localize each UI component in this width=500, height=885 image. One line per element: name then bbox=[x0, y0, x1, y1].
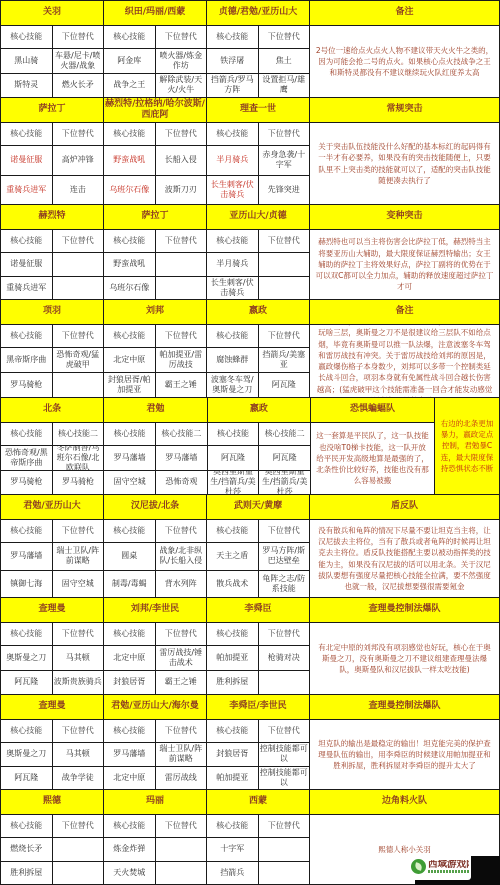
skill-cell: 瑞士卫队/阵前谋略 bbox=[156, 743, 207, 766]
sub-label-cell: 下位替代 bbox=[156, 520, 207, 542]
skill-cell: 阿瓦隆 bbox=[1, 767, 52, 790]
skill-cell: 控制技能都可以 bbox=[259, 767, 310, 790]
sub-label-cell: 下位替代 bbox=[156, 720, 207, 742]
watermark: 西域游戏网 bbox=[409, 853, 471, 880]
skill-cell: 阿瓦隆 bbox=[1, 671, 52, 695]
note-header-cell: 备注 bbox=[310, 1, 499, 25]
skill-cell: 固守空城 bbox=[104, 471, 155, 495]
hero-header-cell: 熙德 bbox=[1, 790, 103, 814]
skill-cell: 罗马藩墙 bbox=[1, 543, 52, 570]
skill-cell: 燃烧长矛 bbox=[1, 838, 52, 861]
skill-cell: 罗马骑枪 bbox=[53, 471, 104, 495]
skill-cell: 诺曼征服 bbox=[1, 146, 52, 175]
sub-label-cell: 核心技能 bbox=[104, 230, 155, 252]
skill-cell: 罗马藩墙 bbox=[104, 446, 155, 470]
note-cell: 2号位一速给点火点火人物不建议带天火火牛之类的，因为可能会抢二号的点火。如果核心… bbox=[310, 26, 499, 97]
skill-cell: 奥西里斯重生/挡箭兵/美杜莎 bbox=[259, 471, 310, 495]
hero-header-cell: 织田/玛丽/西蒙 bbox=[104, 1, 206, 25]
sub-label-cell: 核心技能 bbox=[104, 815, 155, 837]
skill-cell: 野蛮战吼 bbox=[104, 253, 155, 276]
skill-cell bbox=[259, 862, 310, 885]
sub-label-cell: 核心技能 bbox=[207, 520, 258, 542]
skill-cell: 战争学徒 bbox=[53, 767, 104, 790]
hero-header-cell: 君勉/亚历山大 bbox=[1, 495, 103, 519]
watermark-subtext bbox=[428, 870, 469, 873]
skill-cell: 恐怖奇观 bbox=[156, 471, 207, 495]
sub-label-cell: 下位替代 bbox=[156, 325, 207, 347]
skill-cell: 制毒/毒蝎 bbox=[104, 571, 155, 598]
skill-cell: 长船入侵 bbox=[156, 146, 207, 175]
note-cell: 坦克队的输出是最稳定的输出！坦克能完美的保护查理曼队伍的输出，用李舜臣的时候建议… bbox=[310, 720, 499, 789]
skill-cell: 马其顿 bbox=[53, 743, 104, 766]
table-section: 查理曼君勉/亚历山大/海尔曼李舜臣/李世民查理曼控制法爆队核心技能下位替代核心技… bbox=[0, 695, 500, 790]
skill-cell: 罗马藩墙 bbox=[156, 446, 207, 470]
skill-cell: 挡箭兵 bbox=[207, 862, 258, 885]
skill-cell: 腐蚀蜂群 bbox=[207, 348, 258, 372]
skill-cell: 奥斯曼之刀 bbox=[1, 646, 52, 670]
note-cell: 这一套算是平民队了，这一队技能也没啥T0梯卡技能，这一队开放给平民开发高级地算是… bbox=[311, 423, 434, 494]
sub-label-cell: 下位替代 bbox=[259, 123, 310, 145]
skill-cell: 罗马方阵/斯巴达壁垒 bbox=[259, 543, 310, 570]
skill-cell: 高炉冲锋 bbox=[53, 146, 104, 175]
sub-label-cell: 下位替代 bbox=[156, 623, 207, 645]
hero-header-cell: 李舜臣 bbox=[207, 598, 309, 622]
skill-cell: 霸王之锤 bbox=[156, 671, 207, 695]
sub-label-cell: 下位替代 bbox=[259, 720, 310, 742]
table-section: 项羽刘邦嬴政备注核心技能下位替代核心技能下位替代核心技能下位替代黑帝斯序曲恐怖奇… bbox=[0, 300, 500, 398]
skill-cell bbox=[53, 838, 104, 861]
sub-label-cell: 下位替代 bbox=[259, 26, 310, 48]
skill-cell: 雷厉战线 bbox=[156, 767, 207, 790]
skill-cell: 黑帝斯序曲 bbox=[1, 348, 52, 372]
hero-header-cell: 刘邦 bbox=[104, 300, 206, 324]
skill-cell: 奥西里斯重生/挡箭兵/美杜莎 bbox=[208, 471, 259, 495]
skill-cell: 枪骑对决 bbox=[259, 646, 310, 670]
skill-cell: 背水列阵 bbox=[156, 571, 207, 598]
sub-label-cell: 核心技能 bbox=[1, 230, 52, 252]
note-header-cell: 查理曼控制法爆队 bbox=[310, 598, 499, 622]
note-header-cell: 常规突击 bbox=[310, 98, 499, 122]
sub-label-cell: 核心技能二 bbox=[156, 423, 207, 445]
sub-label-cell: 核心技能 bbox=[207, 26, 258, 48]
skill-cell: 封狼居胥/帕加提亚 bbox=[104, 373, 155, 397]
skill-cell: 罗马骑枪 bbox=[1, 471, 52, 495]
sub-label-cell: 核心技能 bbox=[1, 325, 52, 347]
skill-cell: 车悬/尼卡/喷火器/战象 bbox=[53, 49, 104, 73]
skill-cell: 十字军 bbox=[207, 838, 258, 861]
note-header-cell: 边角料火队 bbox=[310, 790, 499, 814]
sub-label-cell: 下位替代 bbox=[53, 520, 104, 542]
skill-cell bbox=[156, 838, 207, 861]
sub-label-cell: 核心技能 bbox=[104, 123, 155, 145]
hero-header-cell: 嬴政 bbox=[208, 398, 310, 422]
skill-cell: 阿瓦隆 bbox=[259, 446, 310, 470]
note-header-cell: 变种突击 bbox=[310, 205, 499, 229]
skill-cell: 龟阵之志/防系技能 bbox=[259, 571, 310, 598]
sub-label-cell: 核心技能 bbox=[104, 423, 155, 445]
skill-cell: 喷火器/炼金作坊 bbox=[156, 49, 207, 73]
skill-cell: 天主之盾 bbox=[207, 543, 258, 570]
table-section: 关羽织田/玛丽/西蒙贞德/君勉/亚历山大备注核心技能下位替代核心技能下位替代核心… bbox=[0, 0, 500, 98]
skill-cell: 焦土 bbox=[259, 49, 310, 73]
hero-header-cell: 赫烈特/拉格纳/哈尔波斯/西庇阿 bbox=[104, 98, 206, 122]
hero-header-cell: 赫烈特 bbox=[1, 205, 103, 229]
skill-cell bbox=[259, 277, 310, 300]
note-header-cell: 备注 bbox=[310, 300, 499, 324]
note-header-cell: 盾反队 bbox=[310, 495, 499, 519]
skill-cell bbox=[53, 277, 104, 300]
skill-cell: 重骑兵进军 bbox=[1, 277, 52, 300]
sub-label-cell: 下位替代 bbox=[259, 325, 310, 347]
sub-label-cell: 核心技能 bbox=[104, 26, 155, 48]
skill-cell: 霸王之锤 bbox=[156, 373, 207, 397]
sub-label-cell: 核心技能 bbox=[207, 123, 258, 145]
hero-header-cell: 汉尼拔/北条 bbox=[104, 495, 206, 519]
skill-cell: 天火焚城 bbox=[104, 862, 155, 885]
skill-cell: 圆桌 bbox=[104, 543, 155, 570]
skill-cell bbox=[53, 253, 104, 276]
note-cell: 有北定中原的刘邦没有项羽感觉也好玩，核心在于奥斯曼之刀，没有奥斯曼之刀不建议组建… bbox=[310, 623, 499, 694]
skill-cell: 冬萨制香/乌班尔石像/北欧联队 bbox=[53, 446, 104, 470]
skill-cell: 控制技能都可以 bbox=[259, 743, 310, 766]
sub-label-cell: 下位替代 bbox=[156, 815, 207, 837]
side-note-cell: 右边的北条更加暴力，嬴政定点控制，君勉暴C连，最大限度保持恐惧状态不断 bbox=[435, 398, 499, 494]
skill-cell: 帕加提亚 bbox=[207, 767, 258, 790]
table-section: 赫烈特萨拉丁亚历山大/贞德变种突击核心技能下位替代核心技能下位替代核心技能下位替… bbox=[0, 205, 500, 300]
skill-cell: 赤身急袭/十字军 bbox=[259, 146, 310, 175]
skill-cell: 燃火长矛 bbox=[53, 74, 104, 98]
sub-label-cell: 核心技能 bbox=[1, 520, 52, 542]
skill-cell: 阿金库 bbox=[104, 49, 155, 73]
sub-label-cell: 核心技能 bbox=[1, 423, 52, 445]
skill-cell: 半月骑兵 bbox=[207, 146, 258, 175]
skill-cell: 恐怖奇观/黑帝斯序曲 bbox=[1, 446, 52, 470]
skill-cell: 挡箭兵/罗马方阵 bbox=[207, 74, 258, 98]
table-section: 查理曼刘邦/李世民李舜臣查理曼控制法爆队核心技能下位替代核心技能下位替代核心技能… bbox=[0, 598, 500, 695]
hero-header-cell: 君勉/亚历山大/海尔曼 bbox=[104, 695, 206, 719]
skill-cell: 胜利拆屋 bbox=[1, 862, 52, 885]
skill-cell bbox=[156, 253, 207, 276]
guide-table-page: 关羽织田/玛丽/西蒙贞德/君勉/亚历山大备注核心技能下位替代核心技能下位替代核心… bbox=[0, 0, 500, 885]
guide-table: 关羽织田/玛丽/西蒙贞德/君勉/亚历山大备注核心技能下位替代核心技能下位替代核心… bbox=[0, 0, 500, 885]
sub-label-cell: 下位替代 bbox=[156, 26, 207, 48]
skill-cell: 封狼居胥 bbox=[207, 743, 258, 766]
skill-cell: 先锋突进 bbox=[259, 176, 310, 205]
hero-header-cell: 西蒙 bbox=[207, 790, 309, 814]
skill-cell: 长生刺客/伏击骑兵 bbox=[207, 176, 258, 205]
hero-header-cell: 查理曼 bbox=[1, 695, 103, 719]
skill-cell: 马其顿 bbox=[53, 646, 104, 670]
skill-cell: 铁浮屠 bbox=[207, 49, 258, 73]
skill-cell: 罗马藩墙 bbox=[104, 743, 155, 766]
skill-cell: 散兵战术 bbox=[207, 571, 258, 598]
skill-cell: 斯特灵 bbox=[1, 74, 52, 98]
sub-label-cell: 下位替代 bbox=[53, 325, 104, 347]
sub-label-cell: 下位替代 bbox=[156, 230, 207, 252]
skill-cell: 胜利拆屋 bbox=[207, 671, 258, 695]
skill-cell: 奥斯曼之刀 bbox=[1, 743, 52, 766]
skill-cell: 长生刺客/伏击骑兵 bbox=[207, 277, 258, 300]
sub-label-cell: 核心技能 bbox=[104, 720, 155, 742]
note-cell: 关于突击队伍技能没什么好配的基本标红的起码得有一半才有必要养，如果没有的突击技能… bbox=[310, 123, 499, 204]
skill-cell: 波塞冬车驾/奥斯曼之刀 bbox=[207, 373, 258, 397]
hero-header-cell: 北条 bbox=[1, 398, 103, 422]
skill-cell: 阿瓦隆 bbox=[259, 373, 310, 397]
hero-header-cell: 理查一世 bbox=[207, 98, 309, 122]
hero-header-cell: 萨拉丁 bbox=[1, 98, 103, 122]
skill-cell: 设置拒马/雄鹰 bbox=[259, 74, 310, 98]
leaf-logo-icon bbox=[411, 859, 426, 874]
skill-cell: 黑山骑 bbox=[1, 49, 52, 73]
watermark-title: 西域游戏网 bbox=[428, 860, 469, 870]
sub-label-cell: 核心技能 bbox=[104, 520, 155, 542]
hero-header-cell: 李舜臣/李世民 bbox=[207, 695, 309, 719]
skill-cell: 雷厉战技/锤击战术 bbox=[156, 646, 207, 670]
table-section: 北条君勉嬴政恐惧蝙蝠队核心技能核心技能二核心技能核心技能二核心技能核心技能二恐怖… bbox=[0, 398, 500, 495]
sub-label-cell: 下位替代 bbox=[53, 623, 104, 645]
skill-cell: 阿瓦隆 bbox=[208, 446, 259, 470]
skill-cell: 罗马骑枪 bbox=[1, 373, 52, 397]
sub-label-cell: 核心技能二 bbox=[259, 423, 310, 445]
sub-label-cell: 下位替代 bbox=[53, 123, 104, 145]
skill-cell: 波斯刀刃 bbox=[156, 176, 207, 205]
skill-cell: 波斯贵族骑兵 bbox=[53, 671, 104, 695]
skill-cell: 瑞士卫队/阵前谋略 bbox=[53, 543, 104, 570]
skill-cell bbox=[259, 838, 310, 861]
skill-cell: 镇御七海 bbox=[1, 571, 52, 598]
skill-cell: 恐怖奇观/猛虎破甲 bbox=[53, 348, 104, 372]
table-section: 君勉/亚历山大汉尼拔/北条武则天/黄摩盾反队核心技能下位替代核心技能下位替代核心… bbox=[0, 495, 500, 598]
hero-header-cell: 萨拉丁 bbox=[104, 205, 206, 229]
sub-label-cell: 核心技能 bbox=[208, 423, 259, 445]
skill-cell: 战象/北非纵队/长船入侵 bbox=[156, 543, 207, 570]
note-cell: 没有散兵和龟阵的情况下尽量不要让坦克当主将，让汉尼拔去主将位，当有了散兵或者龟阵… bbox=[310, 520, 499, 597]
note-cell: 赫烈特也可以当主将伤害会比萨拉丁低，赫烈特当主将要亚历山大辅助，最大限度保证赫烈… bbox=[310, 230, 499, 299]
sub-label-cell: 核心技能 bbox=[104, 325, 155, 347]
sub-label-cell: 核心技能 bbox=[207, 325, 258, 347]
skill-cell: 北定中原 bbox=[104, 767, 155, 790]
sub-label-cell: 核心技能 bbox=[1, 815, 52, 837]
sub-label-cell: 核心技能 bbox=[207, 230, 258, 252]
skill-cell: 重骑兵进军 bbox=[1, 176, 52, 205]
skill-cell: 战争之王 bbox=[104, 74, 155, 98]
skill-cell: 帕加提亚 bbox=[207, 646, 258, 670]
sub-label-cell: 下位替代 bbox=[53, 720, 104, 742]
note-header-cell: 恐惧蝙蝠队 bbox=[311, 398, 434, 422]
skill-cell: 炼金炸弹 bbox=[104, 838, 155, 861]
hero-header-cell: 刘邦/李世民 bbox=[104, 598, 206, 622]
skill-cell: 野蛮战吼 bbox=[104, 146, 155, 175]
hero-header-cell: 玛丽 bbox=[104, 790, 206, 814]
hero-header-cell: 嬴政 bbox=[207, 300, 309, 324]
skill-cell: 乌班尔石像 bbox=[104, 176, 155, 205]
hero-header-cell: 武则天/黄摩 bbox=[207, 495, 309, 519]
hero-header-cell: 关羽 bbox=[1, 1, 103, 25]
sub-label-cell: 核心技能 bbox=[207, 720, 258, 742]
table-section: 萨拉丁赫烈特/拉格纳/哈尔波斯/西庇阿理查一世常规突击核心技能下位替代核心技能下… bbox=[0, 98, 500, 205]
skill-cell bbox=[156, 277, 207, 300]
hero-header-cell: 项羽 bbox=[1, 300, 103, 324]
skill-cell bbox=[53, 373, 104, 397]
sub-label-cell: 核心技能 bbox=[1, 623, 52, 645]
sub-label-cell: 核心技能二 bbox=[53, 423, 104, 445]
skill-cell: 北定中原 bbox=[104, 646, 155, 670]
skill-cell: 帕加提亚/雷厉战技 bbox=[156, 348, 207, 372]
skill-cell: 半月骑兵 bbox=[207, 253, 258, 276]
hero-header-cell: 亚历山大/贞德 bbox=[207, 205, 309, 229]
sub-label-cell: 下位替代 bbox=[259, 230, 310, 252]
hero-header-cell: 君勉 bbox=[104, 398, 206, 422]
hero-header-cell: 贞德/君勉/亚历山大 bbox=[207, 1, 309, 25]
skill-cell: 乌班尔石像 bbox=[104, 277, 155, 300]
skill-cell: 连击 bbox=[53, 176, 104, 205]
sub-label-cell: 下位替代 bbox=[156, 123, 207, 145]
sub-label-cell: 下位替代 bbox=[53, 815, 104, 837]
sub-label-cell: 核心技能 bbox=[207, 623, 258, 645]
sub-label-cell: 下位替代 bbox=[53, 230, 104, 252]
hero-header-cell: 查理曼 bbox=[1, 598, 103, 622]
sub-label-cell: 核心技能 bbox=[207, 815, 258, 837]
skill-cell bbox=[156, 862, 207, 885]
sub-label-cell: 下位替代 bbox=[259, 623, 310, 645]
skill-cell: 北定中原 bbox=[104, 348, 155, 372]
skill-cell: 挡箭兵/美塞亚 bbox=[259, 348, 310, 372]
sub-label-cell: 核心技能 bbox=[1, 26, 52, 48]
corner-black-block bbox=[467, 856, 500, 885]
skill-cell bbox=[53, 862, 104, 885]
skill-cell bbox=[259, 671, 310, 695]
sub-label-cell: 下位替代 bbox=[53, 26, 104, 48]
note-cell: 三层波流，回旋破格定推萨拉丁队伍，罗马骑枪没有玩啥三层，奥斯曼之刀不是很建议给三… bbox=[310, 325, 499, 397]
skill-cell: 诺曼征服 bbox=[1, 253, 52, 276]
sub-label-cell: 下位替代 bbox=[259, 815, 310, 837]
sub-label-cell: 核心技能 bbox=[1, 720, 52, 742]
skill-cell bbox=[259, 253, 310, 276]
sub-label-cell: 核心技能 bbox=[104, 623, 155, 645]
skill-cell: 固守空城 bbox=[53, 571, 104, 598]
sub-label-cell: 下位替代 bbox=[259, 520, 310, 542]
note-header-cell: 查理曼控制法爆队 bbox=[310, 695, 499, 719]
skill-cell: 封狼居胥 bbox=[104, 671, 155, 695]
sub-label-cell: 核心技能 bbox=[1, 123, 52, 145]
skill-cell: 解除武装/天火/火牛 bbox=[156, 74, 207, 98]
